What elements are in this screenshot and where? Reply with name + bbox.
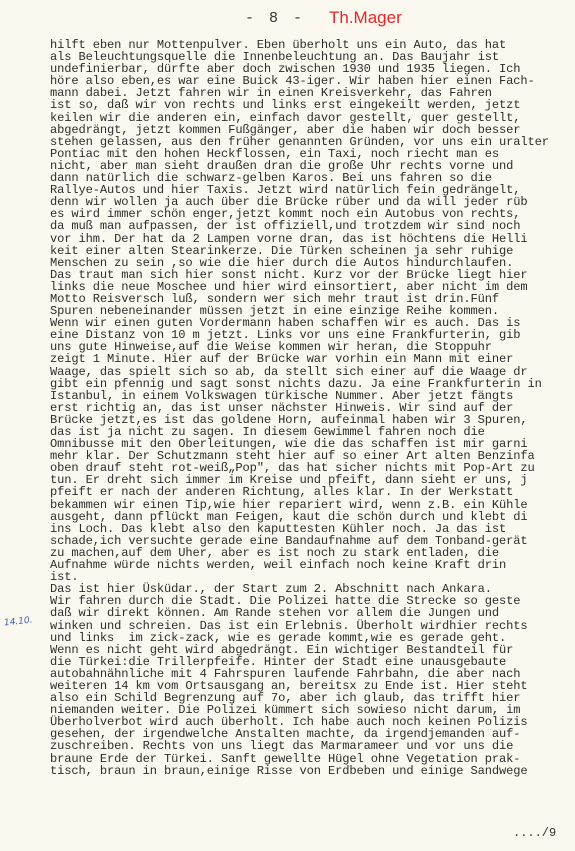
- text-line: Waage, das spielt sich so ab, da stellt …: [50, 366, 575, 378]
- text-line: da muß man aufpassen, der ist offiziell,…: [50, 220, 575, 232]
- continuation-marker: ..../9: [513, 826, 556, 840]
- text-line: keit einer alten Stearinkerze. Die Türke…: [50, 245, 575, 257]
- text-line: Menschen zu sein ,so wie die hier durch …: [50, 257, 575, 269]
- text-line: zuschreiben. Rechts von uns liegt das Ma…: [50, 740, 575, 752]
- text-line: winken und schreien. Das ist ein Erlebni…: [50, 620, 575, 632]
- text-line: gibt ein pfennig und sagt sonst nichts d…: [50, 378, 575, 390]
- author-label: Th.Mager: [329, 8, 402, 28]
- handwritten-date-note: 14.10.: [4, 616, 34, 629]
- text-line: Istanbul, in einem Volkswagen türkische …: [50, 390, 575, 402]
- page-number: - 8 -: [245, 10, 305, 27]
- text-line: braune Erde der Türkei. Sanft gewellte H…: [50, 753, 575, 765]
- page-header: - 8 - Th.Mager: [0, 8, 575, 34]
- typewritten-body: hilft eben nur Mottenpulver. Eben überho…: [50, 39, 575, 777]
- text-line: zeigt 1 Minute. Hier auf der Brücke war …: [50, 353, 575, 365]
- text-line: keilen wir die anderen ein, einfach davo…: [50, 112, 575, 124]
- text-line: ausgeht, dann pflückt man Feigen, kaut d…: [50, 511, 575, 523]
- text-line: pfeift er nach der anderen Richtung, all…: [50, 486, 575, 498]
- text-line: Wenn es nicht geht wird abgedrängt. Ein …: [50, 644, 575, 656]
- text-line: vor ihm. Der hat da 2 Lampen vorne dran,…: [50, 233, 575, 245]
- text-line: daß wir direkt können. Am Rande stehen v…: [50, 607, 575, 619]
- text-line: bekammen wir einen Tip,wie hier reparier…: [50, 499, 575, 511]
- text-line: ist so, daß wir von rechts und links ers…: [50, 99, 575, 111]
- text-line: und links im zick-zack, wie es gerade ko…: [50, 632, 575, 644]
- text-line: tisch, braun in braun,einige Risse von E…: [50, 765, 575, 777]
- text-line: abgedrängt, jetzt kommen Fußgänger, aber…: [50, 124, 575, 136]
- text-line: Aufnahme würde nichts werden, weil einfa…: [50, 559, 575, 571]
